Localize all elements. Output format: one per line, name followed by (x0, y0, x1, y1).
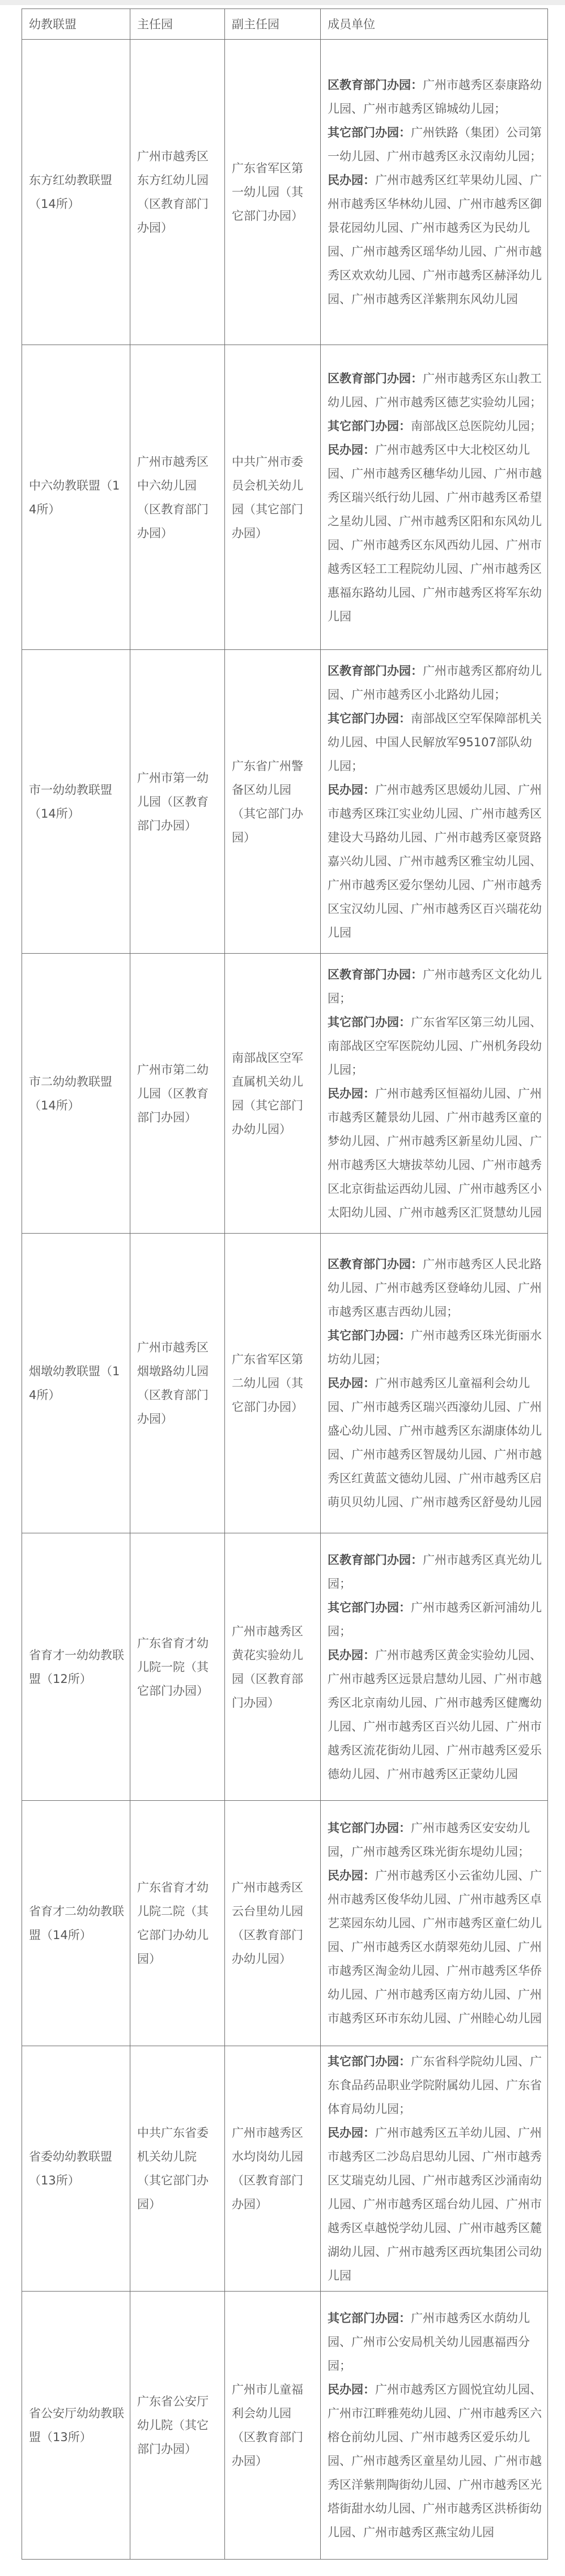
member-group-label: 其它部门办园： (328, 1329, 411, 1342)
member-group-label: 其它部门办园： (328, 2055, 411, 2068)
alliance-name: 中六幼教联盟（14所） (22, 345, 130, 650)
member-group-list: 广州市越秀区儿童福利会幼儿园、广州市越秀区瑞兴西濠幼儿园、广州盛心幼儿园、广州市… (328, 1376, 542, 1509)
member-group-list: 广州市越秀区方圆悦宜幼儿园、广州市江畔雅苑幼儿园、广州市越秀区六榕仓前幼儿园、广… (328, 2383, 542, 2539)
member-group-label: 其它部门办园： (328, 2311, 411, 2325)
member-group: 其它部门办园：广州市越秀区安安幼儿园，广州市越秀区珠光街东堤幼儿园； (328, 1816, 542, 1864)
member-units: 区教育部门办园：广州市越秀区文化幼儿园；其它部门办园：广东省军区第三幼儿园、南部… (321, 954, 548, 1234)
member-units: 区教育部门办园：广州市越秀区泰康路幼儿园、广州市越秀区锦城幼儿园；其它部门办园：… (321, 40, 548, 345)
member-group: 区教育部门办园：广州市越秀区泰康路幼儿园、广州市越秀区锦城幼儿园； (328, 73, 542, 121)
member-group: 民办园：广州市越秀区黄金实验幼儿园、广州市越秀区远景启慧幼儿园、广州市越秀区北京… (328, 1643, 542, 1786)
header-alliance: 幼教联盟 (22, 9, 130, 40)
table-row: 省育才一幼幼教联盟（12所） 广东省育才幼儿院一院（其它部门办园） 广州市越秀区… (22, 1533, 548, 1801)
member-group: 区教育部门办园：广州市越秀区真光幼儿园； (328, 1548, 542, 1596)
member-group-list: 广州市越秀区五羊幼儿园、广州市越秀区二沙岛启思幼儿园、广州市越秀区艾瑞克幼儿园、… (328, 2126, 542, 2282)
member-units: 区教育部门办园：广州市越秀区东山教工幼儿园、广州市越秀区德艺实验幼儿园；其它部门… (321, 345, 548, 650)
top-bar (0, 0, 565, 5)
table-row: 中六幼教联盟（14所） 广州市越秀区中六幼儿园（区教育部门办园） 中共广州市委员… (22, 345, 548, 650)
member-group-label: 其它部门办园： (328, 419, 411, 433)
member-group-list: 广州市越秀区黄金实验幼儿园、广州市越秀区远景启慧幼儿园、广州市越秀区北京南幼儿园… (328, 1648, 542, 1781)
member-group: 民办园：广州市越秀区儿童福利会幼儿园、广州市越秀区瑞兴西濠幼儿园、广州盛心幼儿园… (328, 1371, 542, 1514)
alliance-name: 省委幼幼教联盟（13所） (22, 2046, 130, 2292)
header-vice-director: 副主任园 (225, 9, 321, 40)
vice-director-kindergarten: 广州市儿童福利会幼儿园（区教育部门办园） (225, 2292, 321, 2560)
member-units: 其它部门办园：广州市越秀区水荫幼儿园、广州市公安局机关幼儿园惠福西分园；民办园：… (321, 2292, 548, 2560)
member-group-label: 民办园： (328, 1869, 375, 1882)
vice-director-kindergarten: 广东省军区第一幼儿园（其它部门办园） (225, 40, 321, 345)
director-kindergarten: 中共广东省委机关幼儿院（其它部门办园） (130, 2046, 225, 2292)
table-row: 省育才二幼幼教联盟（14所） 广东省育才幼儿院二院（其它部门办幼儿园） 广州市越… (22, 1801, 548, 2046)
member-group-list: 广州市越秀区恒福幼儿园、广州市越秀区麓景幼儿园、广州市越秀区童的梦幼儿园、广州市… (328, 1087, 542, 1219)
alliance-name: 省公安厅幼幼教联盟（13所） (22, 2292, 130, 2560)
member-group-list: 广州市越秀区中大北校区幼儿园、广州市越秀区穗华幼儿园、广州市越秀区瑞兴纸行幼儿园… (328, 443, 542, 623)
member-group: 民办园：广州市越秀区五羊幼儿园、广州市越秀区二沙岛启思幼儿园、广州市越秀区艾瑞克… (328, 2121, 542, 2288)
member-group-label: 民办园： (328, 2126, 375, 2140)
member-group-label: 民办园： (328, 1376, 375, 1390)
member-group: 民办园：广州市越秀区方圆悦宜幼儿园、广州市江畔雅苑幼儿园、广州市越秀区六榕仓前幼… (328, 2378, 542, 2544)
member-units: 其它部门办园：广州市越秀区安安幼儿园，广州市越秀区珠光街东堤幼儿园；民办园：广州… (321, 1801, 548, 2046)
alliance-name: 市一幼幼教联盟（14所） (22, 650, 130, 954)
alliance-name: 省育才二幼幼教联盟（14所） (22, 1801, 130, 2046)
vice-director-kindergarten: 广州市越秀区黄花实验幼儿园（区教育部门办园） (225, 1533, 321, 1801)
member-group-list: 广州市越秀区思媛幼儿园、广州市越秀区珠江实业幼儿园、广州市越秀区建设大马路幼儿园… (328, 783, 542, 940)
director-kindergarten: 广东省育才幼儿院一院（其它部门办园） (130, 1533, 225, 1801)
alliance-name: 省育才一幼幼教联盟（12所） (22, 1533, 130, 1801)
table-row: 东方红幼教联盟（14所） 广州市越秀区东方红幼儿园（区教育部门办园） 广东省军区… (22, 40, 548, 345)
director-kindergarten: 广州市越秀区烟墩路幼儿园（区教育部门办园） (130, 1234, 225, 1533)
alliance-table: 幼教联盟 主任园 副主任园 成员单位 东方红幼教联盟（14所） 广州市越秀区东方… (22, 8, 548, 2560)
director-kindergarten: 广州市第二幼儿园（区教育部门办园） (130, 954, 225, 1234)
table-row: 市一幼幼教联盟（14所） 广州市第一幼儿园（区教育部门办园） 广东省广州警备区幼… (22, 650, 548, 954)
member-group: 其它部门办园：广东省军区第三幼儿园、南部战区空军医院幼儿园、广州机务段幼儿园； (328, 1010, 542, 1082)
member-group-label: 区教育部门办园： (328, 1553, 423, 1567)
member-group: 民办园：广州市越秀区中大北校区幼儿园、广州市越秀区穗华幼儿园、广州市越秀区瑞兴纸… (328, 438, 542, 628)
director-kindergarten: 广州市越秀区东方红幼儿园（区教育部门办园） (130, 40, 225, 345)
member-units: 区教育部门办园：广州市越秀区都府幼儿园、广州市越秀区小北路幼儿园；其它部门办园：… (321, 650, 548, 954)
director-kindergarten: 广州市第一幼儿园（区教育部门办园） (130, 650, 225, 954)
member-units: 区教育部门办园：广州市越秀区人民北路幼儿园、广州市越秀区登峰幼儿园、广州市越秀区… (321, 1234, 548, 1533)
vice-director-kindergarten: 广州市越秀区水均岗幼儿园（区教育部门办园） (225, 2046, 321, 2292)
director-kindergarten: 广州市越秀区中六幼儿园（区教育部门办园） (130, 345, 225, 650)
table-header-row: 幼教联盟 主任园 副主任园 成员单位 (22, 9, 548, 40)
member-group-label: 民办园： (328, 1087, 375, 1100)
member-group-label: 民办园： (328, 173, 375, 187)
member-group: 其它部门办园：广州铁路（集团）公司第一幼儿园、广州市越秀区永汉南幼儿园； (328, 121, 542, 168)
vice-director-kindergarten: 南部战区空军直属机关幼儿园（其它部门办幼儿园） (225, 954, 321, 1234)
header-director: 主任园 (130, 9, 225, 40)
member-group: 民办园：广州市越秀区小云雀幼儿园、广州市越秀区俊华幼儿园、广州市越秀区卓艺菜园东… (328, 1864, 542, 2030)
member-group: 其它部门办园：广州市越秀区珠光街丽水坊幼儿园； (328, 1324, 542, 1371)
member-group-label: 其它部门办园： (328, 126, 411, 139)
member-units: 其它部门办园：广东省科学院幼儿园、广东食品药品职业学院附属幼儿园、广东省体育局幼… (321, 2046, 548, 2292)
table-row: 烟墩幼教联盟（14所） 广州市越秀区烟墩路幼儿园（区教育部门办园） 广东省军区第… (22, 1234, 548, 1533)
member-group: 其它部门办园：广州市越秀区水荫幼儿园、广州市公安局机关幼儿园惠福西分园； (328, 2306, 542, 2378)
director-kindergarten: 广东省公安厅幼儿院（其它部门办园） (130, 2292, 225, 2560)
member-group: 区教育部门办园：广州市越秀区东山教工幼儿园、广州市越秀区德艺实验幼儿园； (328, 367, 542, 414)
member-group-list: 南部战区总医院幼儿园； (411, 419, 542, 433)
director-kindergarten: 广东省育才幼儿院二院（其它部门办幼儿园） (130, 1801, 225, 2046)
member-group-label: 其它部门办园： (328, 1601, 411, 1614)
table-row: 市二幼幼教联盟（14所） 广州市第二幼儿园（区教育部门办园） 南部战区空军直属机… (22, 954, 548, 1234)
member-group: 民办园：广州市越秀区恒福幼儿园、广州市越秀区麓景幼儿园、广州市越秀区童的梦幼儿园… (328, 1082, 542, 1225)
member-group-label: 民办园： (328, 1648, 375, 1662)
table-row: 省委幼幼教联盟（13所） 中共广东省委机关幼儿院（其它部门办园） 广州市越秀区水… (22, 2046, 548, 2292)
member-group-label: 区教育部门办园： (328, 968, 423, 981)
member-group: 其它部门办园：南部战区空军保障部机关幼儿园、中国人民解放军95107部队幼儿园； (328, 707, 542, 778)
member-group-label: 区教育部门办园： (328, 1257, 423, 1271)
alliance-name: 东方红幼教联盟（14所） (22, 40, 130, 345)
member-group-list: 广州市越秀区红苹果幼儿园、广州市越秀区华林幼儿园、广州市越秀区御景花园幼儿园、广… (328, 173, 542, 306)
member-group: 其它部门办园：南部战区总医院幼儿园； (328, 414, 542, 438)
member-group: 民办园：广州市越秀区思媛幼儿园、广州市越秀区珠江实业幼儿园、广州市越秀区建设大马… (328, 778, 542, 945)
member-group: 民办园：广州市越秀区红苹果幼儿园、广州市越秀区华林幼儿园、广州市越秀区御景花园幼… (328, 168, 542, 311)
member-group: 区教育部门办园：广州市越秀区都府幼儿园、广州市越秀区小北路幼儿园； (328, 659, 542, 707)
member-group-label: 其它部门办园： (328, 1015, 411, 1029)
member-group: 区教育部门办园：广州市越秀区文化幼儿园； (328, 963, 542, 1010)
member-group-label: 民办园： (328, 2383, 375, 2396)
header-members: 成员单位 (321, 9, 548, 40)
vice-director-kindergarten: 中共广州市委员会机关幼儿园（其它部门办园） (225, 345, 321, 650)
member-group-label: 区教育部门办园： (328, 372, 423, 385)
vice-director-kindergarten: 广东省军区第二幼儿园（其它部门办园） (225, 1234, 321, 1533)
table-row: 省公安厅幼幼教联盟（13所） 广东省公安厅幼儿院（其它部门办园） 广州市儿童福利… (22, 2292, 548, 2560)
alliance-name: 烟墩幼教联盟（14所） (22, 1234, 130, 1533)
member-group: 其它部门办园：广州市越秀区新河浦幼儿园； (328, 1596, 542, 1643)
member-group-label: 区教育部门办园： (328, 78, 423, 92)
member-group-list: 广州市越秀区小云雀幼儿园、广州市越秀区俊华幼儿园、广州市越秀区卓艺菜园东幼儿园、… (328, 1869, 542, 2025)
alliance-name: 市二幼幼教联盟（14所） (22, 954, 130, 1234)
member-group-label: 区教育部门办园： (328, 664, 423, 678)
member-units: 区教育部门办园：广州市越秀区真光幼儿园；其它部门办园：广州市越秀区新河浦幼儿园；… (321, 1533, 548, 1801)
vice-director-kindergarten: 广州市越秀区云台里幼儿园（区教育部门办幼儿园） (225, 1801, 321, 2046)
member-group-label: 民办园： (328, 783, 375, 797)
member-group-label: 其它部门办园： (328, 712, 411, 725)
member-group-label: 其它部门办园： (328, 1821, 411, 1835)
member-group: 其它部门办园：广东省科学院幼儿园、广东食品药品职业学院附属幼儿园、广东省体育局幼… (328, 2050, 542, 2121)
vice-director-kindergarten: 广东省广州警备区幼儿园（其它部门办园） (225, 650, 321, 954)
member-group-label: 民办园： (328, 443, 375, 457)
member-group: 区教育部门办园：广州市越秀区人民北路幼儿园、广州市越秀区登峰幼儿园、广州市越秀区… (328, 1252, 542, 1324)
